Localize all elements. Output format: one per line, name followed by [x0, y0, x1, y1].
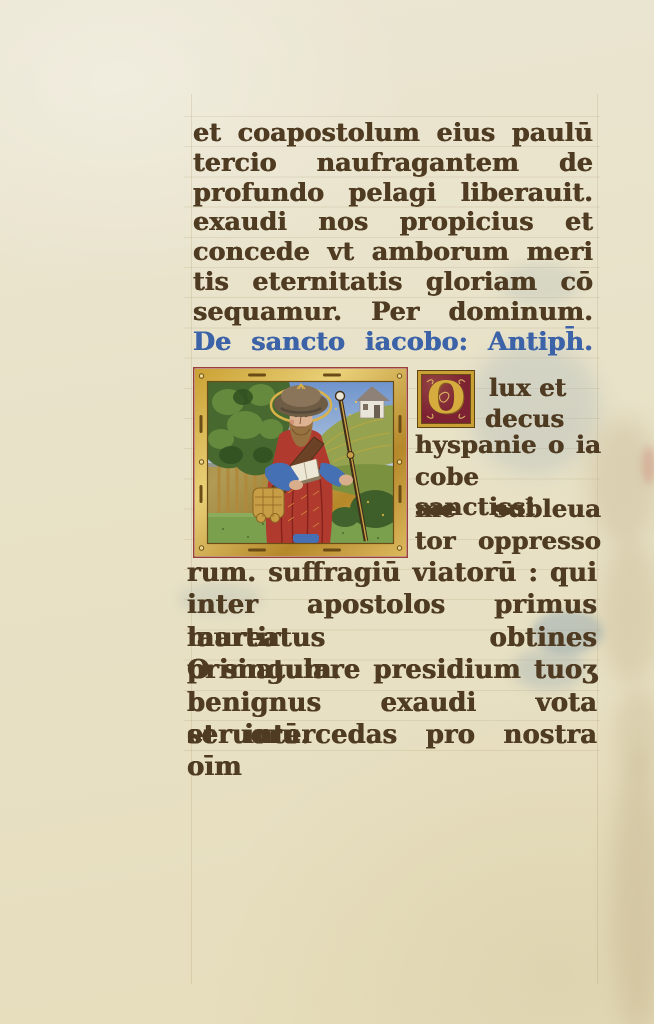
manuscript-line: me subleua: [415, 494, 601, 524]
manuscript-line: rum. suffragiū viatorū : qui: [187, 557, 597, 589]
ruling-line-left: [191, 94, 192, 984]
manuscript-line: inter apostolos primus martir: [187, 589, 597, 621]
manuscript-line: concede vt amborum meri: [193, 238, 593, 268]
manuscript-line: O singulare presidium tuoʒ: [187, 654, 597, 686]
hand-right: [339, 475, 353, 486]
rubric-line: De sancto iacobo: Antiph̄.: [193, 328, 593, 358]
manuscript-line: et intercedas pro nostra oīm: [187, 719, 597, 751]
manuscript-line: et coapostolum eius paulū: [193, 119, 593, 149]
manuscript-line: exaudi nos propicius et: [193, 208, 593, 238]
manuscript-line: laureatus obtines primatum.: [187, 622, 597, 654]
manuscript-line: tis eternitatis gloriam cō: [193, 268, 593, 298]
saint-james-miniature: [193, 367, 408, 558]
miniature-painting: [193, 367, 408, 558]
manuscript-line: benignus exaudi vota seruorū.: [187, 687, 597, 719]
showthrough-stain: [600, 538, 654, 683]
illuminated-initial: O: [417, 370, 475, 428]
showthrough-stain: [616, 688, 654, 773]
manuscript-line: lux et: [489, 373, 566, 403]
hand-left: [289, 480, 303, 490]
text-block-lower: rum. suffragiū viatorū : qui inter apost…: [187, 557, 597, 751]
manuscript-line: tercio naufragantem de: [193, 149, 593, 179]
showthrough-stain: [612, 752, 654, 1024]
manuscript-line: hyspanie o ia: [415, 430, 601, 460]
manuscript-line: profundo pelagi liberauit.: [193, 179, 593, 209]
manuscript-page: et coapostolum eius paulū tercio naufrag…: [0, 0, 654, 1024]
showthrough-stain: [642, 446, 654, 484]
pilgrim-pouch: [253, 488, 284, 523]
manuscript-line: tor oppresso: [415, 526, 601, 556]
blue-hem: [293, 534, 319, 543]
manuscript-line: sequamur. Per dominum.: [193, 298, 593, 328]
text-block-upper: et coapostolum eius paulū tercio naufrag…: [193, 119, 593, 357]
initial-filigree: [418, 371, 474, 427]
